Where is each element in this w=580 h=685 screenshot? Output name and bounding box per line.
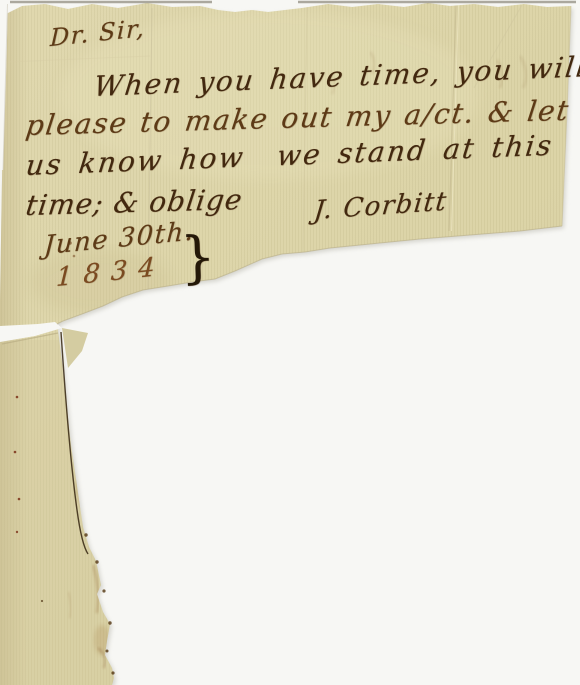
signature: J. Corbitt: [312, 187, 449, 227]
body-line-4: time; & oblige: [24, 183, 245, 222]
scanned-letter: Dr. Sir, When you have time, you will pl…: [0, 0, 580, 685]
handwriting-layer: Dr. Sir, When you have time, you will pl…: [0, 0, 580, 685]
date-day: June 30th.: [43, 216, 195, 261]
salutation: Dr. Sir,: [50, 14, 146, 52]
date-brace: }: [179, 225, 217, 291]
